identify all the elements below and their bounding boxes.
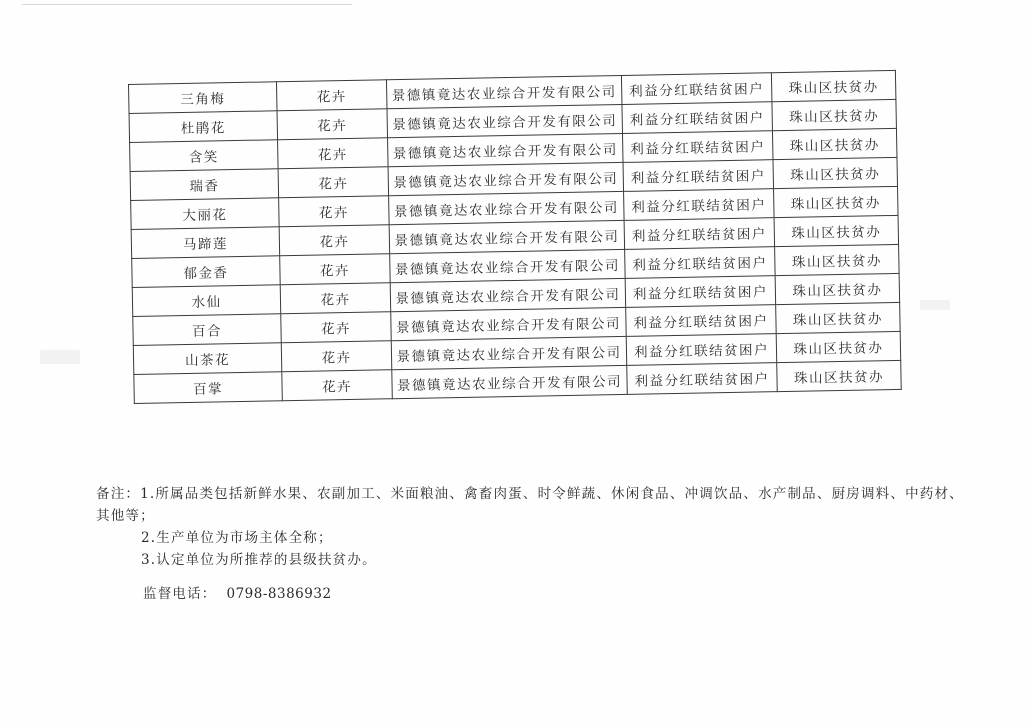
flower-name-cell: 大丽花 — [131, 198, 280, 230]
note-1: 备注：1.所属品类包括新鲜水果、农副加工、米面粮油、禽畜肉蛋、时令鲜蔬、休闲食品… — [96, 483, 966, 505]
flower-name-cell: 郁金香 — [132, 256, 281, 288]
certifying-unit-cell: 珠山区扶贫办 — [775, 273, 900, 304]
certifying-unit-cell: 珠山区扶贫办 — [773, 157, 898, 188]
producer-cell: 景德镇竟达农业综合开发有限公司 — [388, 162, 623, 195]
flower-name-cell: 三角梅 — [129, 82, 278, 114]
producer-cell: 景德镇竟达农业综合开发有限公司 — [389, 191, 624, 224]
category-cell: 花卉 — [280, 283, 391, 314]
certifying-unit-cell: 珠山区扶贫办 — [772, 128, 897, 159]
scan-artifact — [920, 300, 950, 310]
category-cell: 花卉 — [282, 370, 393, 401]
flower-name-cell: 百合 — [133, 314, 282, 346]
category-cell: 花卉 — [278, 167, 389, 198]
certifying-unit-cell: 珠山区扶贫办 — [772, 99, 897, 130]
flower-name-cell: 马蹄莲 — [131, 227, 280, 259]
category-cell: 花卉 — [280, 254, 391, 285]
hotline-label: 监督电话： — [143, 586, 217, 602]
product-table-body: 三角梅花卉景德镇竟达农业综合开发有限公司利益分红联结贫困户珠山区扶贫办杜鹃花花卉… — [129, 70, 902, 403]
poverty-link-mode-cell: 利益分红联结贫困户 — [627, 363, 778, 395]
poverty-link-mode-cell: 利益分红联结贫困户 — [624, 189, 775, 221]
certifying-unit-cell: 珠山区扶贫办 — [777, 360, 902, 391]
category-cell: 花卉 — [281, 312, 392, 343]
poverty-link-mode-cell: 利益分红联结贫困户 — [626, 305, 777, 337]
flower-name-cell: 山茶花 — [133, 343, 282, 375]
certifying-unit-cell: 珠山区扶贫办 — [774, 186, 899, 217]
certifying-unit-cell: 珠山区扶贫办 — [775, 244, 900, 275]
producer-cell: 景德镇竟达农业综合开发有限公司 — [392, 365, 627, 398]
producer-cell: 景德镇竟达农业综合开发有限公司 — [391, 307, 626, 340]
poverty-link-mode-cell: 利益分红联结贫困户 — [625, 247, 776, 279]
product-table: 三角梅花卉景德镇竟达农业综合开发有限公司利益分红联结贫困户珠山区扶贫办杜鹃花花卉… — [128, 70, 902, 404]
flower-name-cell: 百掌 — [134, 372, 283, 404]
poverty-link-mode-cell: 利益分红联结贫困户 — [622, 102, 773, 134]
notes-section: 备注：1.所属品类包括新鲜水果、农副加工、米面粮油、禽畜肉蛋、时令鲜蔬、休闲食品… — [96, 483, 966, 571]
flower-name-cell: 杜鹃花 — [129, 111, 278, 143]
category-cell: 花卉 — [279, 225, 390, 256]
scanned-document-page: 三角梅花卉景德镇竟达农业综合开发有限公司利益分红联结贫困户珠山区扶贫办杜鹃花花卉… — [0, 0, 1031, 723]
poverty-link-mode-cell: 利益分红联结贫困户 — [623, 160, 774, 192]
note-2: 2.生产单位为市场主体全称； — [96, 527, 966, 549]
poverty-link-mode-cell: 利益分红联结贫困户 — [626, 334, 777, 366]
flower-name-cell: 水仙 — [132, 285, 281, 317]
category-cell: 花卉 — [281, 341, 392, 372]
producer-cell: 景德镇竟达农业综合开发有限公司 — [390, 249, 625, 282]
poverty-link-mode-cell: 利益分红联结贫困户 — [625, 276, 776, 308]
category-cell: 花卉 — [279, 196, 390, 227]
category-cell: 花卉 — [278, 138, 389, 169]
certifying-unit-cell: 珠山区扶贫办 — [776, 302, 901, 333]
poverty-link-mode-cell: 利益分红联结贫困户 — [621, 73, 772, 105]
note-3: 3.认定单位为所推荐的县级扶贫办。 — [96, 549, 966, 571]
flower-name-cell: 含笑 — [130, 140, 279, 172]
producer-cell: 景德镇竟达农业综合开发有限公司 — [386, 75, 621, 108]
certifying-unit-cell: 珠山区扶贫办 — [771, 70, 896, 101]
producer-cell: 景德镇竟达农业综合开发有限公司 — [388, 133, 623, 166]
certifying-unit-cell: 珠山区扶贫办 — [774, 215, 899, 246]
producer-cell: 景德镇竟达农业综合开发有限公司 — [391, 336, 626, 369]
scan-artifact — [40, 350, 80, 364]
producer-cell: 景德镇竟达农业综合开发有限公司 — [390, 278, 625, 311]
producer-cell: 景德镇竟达农业综合开发有限公司 — [389, 220, 624, 253]
poverty-link-mode-cell: 利益分红联结贫困户 — [622, 131, 773, 163]
certifying-unit-cell: 珠山区扶贫办 — [776, 331, 901, 362]
hotline-number: 0798-8386932 — [227, 586, 332, 602]
supervision-hotline: 监督电话：0798-8386932 — [143, 582, 332, 602]
flower-name-cell: 瑞香 — [130, 169, 279, 201]
poverty-link-mode-cell: 利益分红联结贫困户 — [624, 218, 775, 250]
category-cell: 花卉 — [276, 80, 387, 111]
category-cell: 花卉 — [277, 109, 388, 140]
note-1-continued: 其他等； — [96, 505, 966, 527]
producer-cell: 景德镇竟达农业综合开发有限公司 — [387, 104, 622, 137]
product-table-container: 三角梅花卉景德镇竟达农业综合开发有限公司利益分红联结贫困户珠山区扶贫办杜鹃花花卉… — [128, 70, 901, 404]
scan-edge-line — [22, 4, 352, 5]
